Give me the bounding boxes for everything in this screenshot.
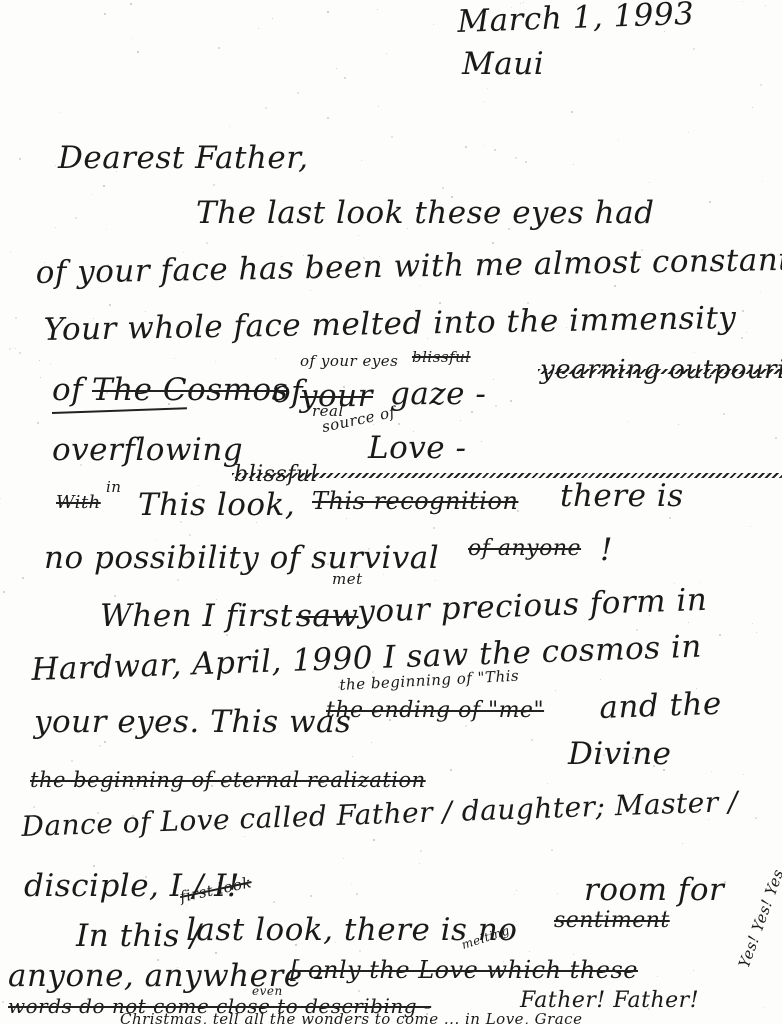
scan-speck: [39, 360, 40, 361]
scan-speck: [649, 182, 650, 183]
scan-speck: [618, 139, 619, 140]
scan-speck: [346, 518, 347, 519]
scan-speck: [420, 850, 422, 852]
scan-speck: [529, 951, 530, 952]
scan-speck: [571, 111, 573, 113]
scan-speck: [310, 895, 312, 897]
scan-speck: [391, 136, 393, 138]
scan-speck: [206, 242, 208, 244]
letter-line-partial: Christmas, tell all the wonders to come …: [120, 1010, 582, 1024]
scan-speck: [573, 164, 574, 165]
scan-speck: [3, 591, 5, 593]
scan-speck: [351, 884, 352, 885]
scanned-letter-page: March 1, 1993 Maui Dearest Father, The l…: [0, 0, 782, 1024]
scan-speck: [465, 146, 467, 148]
scan-speck: [386, 53, 387, 54]
scan-speck: [514, 894, 515, 895]
scan-speck: [15, 317, 17, 319]
scan-speck: [275, 358, 276, 359]
scan-speck: [37, 422, 39, 424]
letter-place: Maui: [462, 46, 544, 82]
scan-speck: [352, 756, 353, 757]
scan-speck: [114, 595, 116, 597]
scan-speck: [198, 485, 199, 486]
scan-speck: [450, 769, 452, 771]
scan-speck: [742, 1, 743, 2]
letter-word: gaze -: [390, 376, 486, 412]
scan-speck: [760, 84, 762, 86]
underline-stroke: [52, 407, 187, 414]
scan-speck: [657, 976, 658, 977]
scan-speck: [711, 771, 712, 772]
scan-speck: [10, 251, 11, 252]
letter-word: there is: [560, 478, 684, 514]
scan-speck: [742, 310, 744, 312]
struck-word: This recognition: [312, 487, 518, 515]
insertion-above: of your eyes: [300, 352, 398, 370]
scan-speck: [555, 690, 556, 691]
letter-word: !: [600, 532, 613, 568]
scan-speck: [433, 527, 435, 529]
scan-speck: [755, 817, 757, 819]
scan-speck: [669, 517, 671, 519]
scan-speck: [693, 48, 695, 50]
scan-speck: [442, 187, 444, 189]
scan-speck: [419, 863, 420, 864]
scan-speck: [258, 28, 259, 29]
scan-speck: [678, 424, 679, 425]
scan-speck: [723, 413, 725, 415]
letter-word: of: [272, 374, 303, 410]
scan-speck: [439, 302, 441, 304]
scan-speck: [688, 622, 689, 623]
letter-word: In this /: [76, 918, 201, 954]
scan-speck: [336, 68, 337, 69]
scan-speck: [547, 783, 548, 784]
scan-speck: [378, 106, 379, 107]
scan-speck: [272, 18, 273, 19]
scan-speck: [694, 352, 695, 353]
scan-speck: [22, 577, 24, 579]
scan-speck: [226, 634, 228, 636]
scan-speck: [130, 3, 132, 5]
letter-word: room for: [584, 872, 724, 908]
scan-speck: [398, 423, 400, 425]
letter-word: of: [52, 372, 83, 408]
scan-speck: [741, 337, 743, 339]
scan-speck: [9, 348, 11, 350]
scan-speck: [137, 51, 139, 53]
struck-word: of anyone: [468, 536, 581, 561]
letter-word: your eyes. This was: [34, 704, 351, 740]
scan-speck: [174, 358, 175, 359]
scan-speck: [19, 158, 21, 160]
scan-speck: [109, 304, 111, 306]
scan-speck: [186, 905, 187, 906]
scan-speck: [708, 819, 709, 820]
scan-speck: [310, 290, 311, 291]
margin-note: Yes! Yes! Yes: [735, 867, 782, 971]
insertion-above: in: [106, 478, 121, 496]
scan-speck: [213, 184, 215, 186]
scan-speck: [327, 117, 329, 119]
scan-speck: [752, 107, 753, 108]
scan-speck: [344, 77, 346, 79]
scan-speck: [93, 865, 95, 867]
letter-line: The last look these eyes had: [196, 195, 654, 231]
scan-speck: [55, 165, 56, 166]
letter-salutation: Dearest Father,: [58, 140, 309, 176]
scan-speck: [361, 160, 362, 161]
scan-speck: [614, 285, 616, 287]
letter-line: Your whole face melted into the immensit…: [43, 300, 736, 348]
scan-speck: [297, 92, 299, 94]
scan-speck: [358, 990, 360, 992]
struck-word: the ending of "me": [326, 698, 544, 723]
scan-speck: [177, 579, 179, 581]
scan-speck: [75, 217, 77, 219]
scan-speck: [693, 970, 694, 971]
scan-speck: [229, 126, 230, 127]
scan-speck: [688, 132, 689, 133]
scan-speck: [359, 950, 361, 952]
scan-speck: [764, 1007, 765, 1008]
scan-speck: [460, 420, 461, 421]
scan-speck: [510, 400, 512, 402]
letter-word: When I first: [100, 598, 293, 634]
scan-speck: [104, 13, 106, 15]
scan-speck: [71, 760, 73, 762]
insertion-above: met: [332, 570, 363, 588]
scan-speck: [762, 181, 763, 182]
scan-speck: [244, 836, 245, 837]
scan-speck: [484, 101, 485, 102]
scan-speck: [465, 725, 467, 727]
scan-speck: [2, 1001, 4, 1003]
scan-speck: [682, 843, 683, 844]
letter-word: no possibility of survival: [44, 540, 439, 576]
scan-speck: [493, 379, 494, 380]
scan-speck: [756, 632, 757, 633]
scan-speck: [487, 88, 488, 89]
scan-speck: [492, 242, 494, 244]
scan-speck: [106, 229, 107, 230]
letter-line: of your face has been with me almost con…: [35, 241, 782, 291]
scan-speck: [356, 893, 358, 895]
scan-speck: [265, 107, 267, 109]
scan-speck: [551, 849, 553, 851]
struck-word: yearning outpouring: [540, 355, 782, 385]
scan-speck: [516, 890, 517, 891]
scan-speck: [55, 227, 56, 228]
scan-speck: [760, 292, 761, 293]
scan-speck: [719, 634, 721, 636]
letter-word: This look,: [138, 487, 295, 523]
scan-speck: [433, 24, 434, 25]
scan-speck: [419, 285, 420, 286]
scan-speck: [775, 437, 777, 439]
letter-date: March 1, 1993: [457, 0, 695, 40]
scan-speck: [557, 893, 558, 894]
scan-speck: [215, 361, 216, 362]
scan-speck: [92, 194, 93, 195]
scan-speck: [0, 498, 1, 499]
scan-speck: [531, 739, 533, 741]
scan-speck: [515, 157, 517, 159]
letter-line: Dance of Love called Father / daughter; …: [21, 785, 739, 843]
scan-speck: [750, 526, 751, 527]
scan-speck: [371, 742, 372, 743]
scan-speck: [752, 623, 753, 624]
letter-word: and the: [599, 686, 723, 726]
letter-word: your precious form in: [357, 582, 708, 630]
scan-speck: [15, 348, 16, 349]
scan-speck: [358, 235, 359, 236]
struck-word: blissful: [234, 462, 782, 487]
scan-speck: [600, 679, 601, 680]
scan-speck: [765, 5, 766, 6]
scan-speck: [104, 741, 106, 743]
scan-speck: [495, 405, 497, 407]
scan-speck: [743, 774, 744, 775]
scan-speck: [327, 11, 329, 13]
scan-speck: [709, 201, 711, 203]
scan-speck: [525, 161, 527, 163]
scan-speck: [218, 47, 220, 49]
scan-speck: [50, 364, 51, 365]
struck-word: With: [56, 492, 101, 513]
letter-word: overflowing: [52, 432, 243, 468]
scan-speck: [746, 332, 747, 333]
letter-word: Love -: [368, 430, 466, 466]
scan-speck: [494, 149, 496, 151]
struck-word: saw: [296, 598, 358, 634]
scan-speck: [366, 451, 367, 452]
letter-word: Divine: [568, 736, 672, 772]
struck-insertion: blissful: [412, 348, 471, 366]
scan-speck: [373, 839, 375, 841]
struck-word: [ only the Love which these: [290, 956, 638, 984]
scan-speck: [103, 185, 105, 187]
scan-speck: [40, 377, 41, 378]
struck-word: the beginning of eternal realization: [30, 768, 426, 792]
scan-speck: [273, 901, 275, 903]
scan-speck: [481, 441, 482, 442]
scan-speck: [33, 806, 35, 808]
scan-speck: [573, 954, 574, 955]
scan-speck: [99, 745, 101, 747]
scan-speck: [59, 112, 60, 113]
struck-word: sentiment: [554, 908, 670, 933]
struck-word: The Cosmos: [92, 372, 288, 408]
scan-speck: [377, 9, 378, 10]
scan-speck: [131, 38, 132, 39]
scan-speck: [215, 952, 217, 954]
scan-speck: [189, 534, 191, 536]
scan-speck: [627, 421, 628, 422]
scan-speck: [19, 352, 21, 354]
scan-speck: [343, 858, 344, 859]
scan-speck: [435, 580, 436, 581]
scan-speck: [484, 145, 485, 146]
